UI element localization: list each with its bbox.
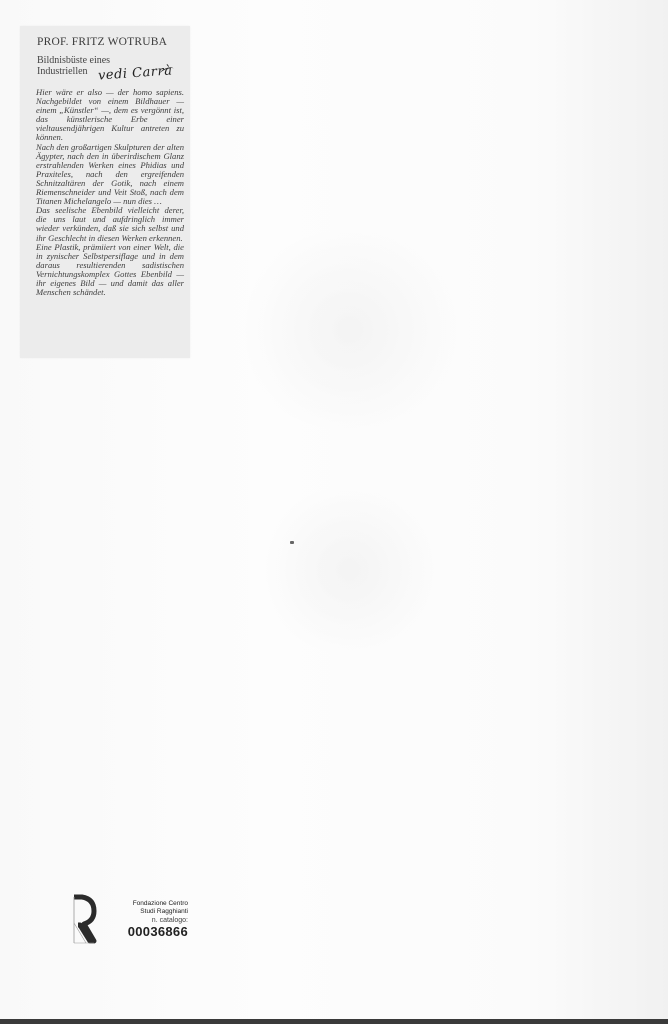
stamp-text: Fondazione Centro Studi Ragghianti n. ca… [110,900,188,939]
ragghianti-logo-icon [68,893,98,945]
newspaper-clipping: PROF. FRITZ WOTRUBA Bildnisbüste eines I… [20,26,190,358]
archive-stamp: Fondazione Centro Studi Ragghianti n. ca… [68,893,193,947]
foundation-name-line1: Fondazione Centro [110,900,188,908]
faint-bleedthrough-upper [235,230,465,430]
foundation-name-line2: Studi Ragghianti [110,908,188,916]
catalog-number: 00036866 [110,925,188,939]
faint-bleedthrough-lower [265,480,435,660]
clipping-author: PROF. FRITZ WOTRUBA [37,36,167,48]
paragraph: Nach den großartigen Skulpturen der alte… [36,143,184,207]
paragraph: Eine Plastik, prämiiert von einer Welt, … [36,243,184,298]
paragraph: Das seelische Ebenbild vielleicht derer,… [36,206,184,242]
dust-speck [290,541,294,544]
scan-bottom-edge [0,1019,668,1024]
clipping-body: Hier wäre er also — der homo sapiens. Na… [36,88,184,297]
paragraph: Hier wäre er also — der homo sapiens. Na… [36,88,184,143]
